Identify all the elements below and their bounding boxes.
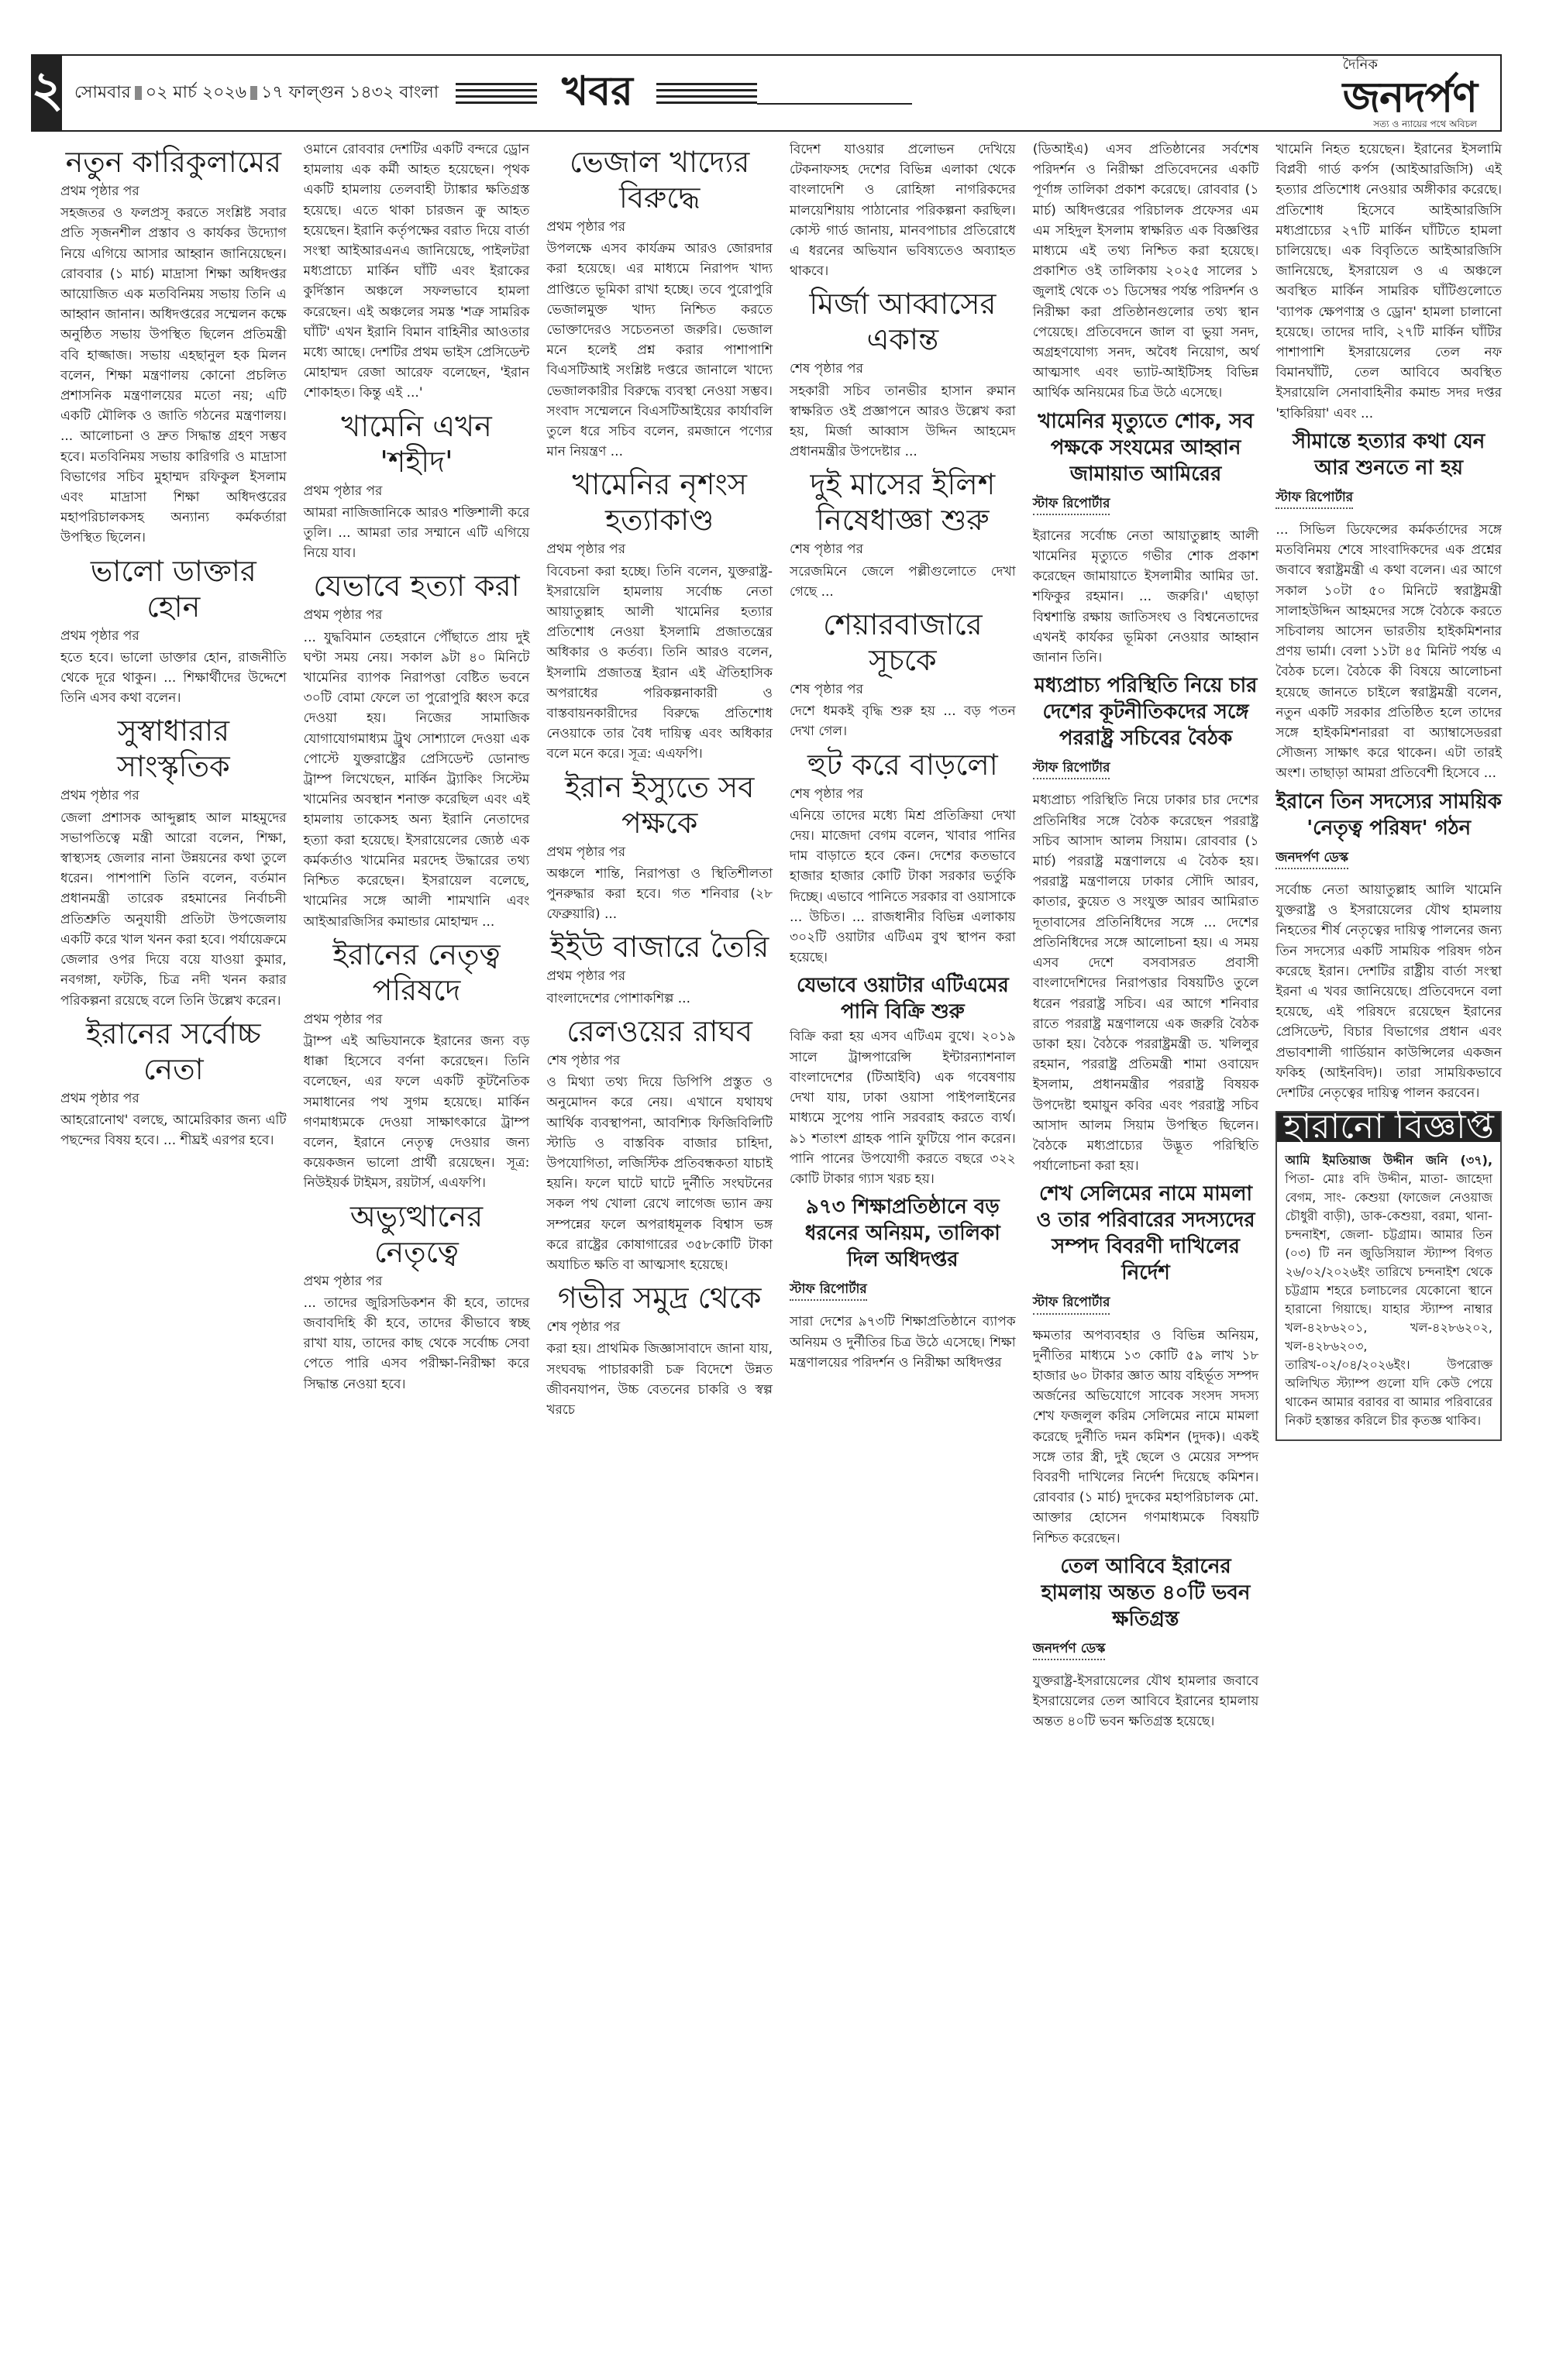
article: খামেনি এখন 'শহীদ'প্রথম পৃষ্ঠার পরআমরা না… xyxy=(304,408,530,564)
continued-from: শেষ পৃষ্ঠার পর xyxy=(790,679,1016,700)
article: মির্জা আব্বাসের একান্তশেষ পৃষ্ঠার পরসহকা… xyxy=(790,286,1016,462)
newspaper-logo: দৈনিক জনদর্পণ সত্য ও ন্যায়ের পথে অবিচল xyxy=(1343,53,1477,133)
byline: স্টাফ রিপোর্টার xyxy=(1033,758,1110,779)
byline: স্টাফ রিপোর্টার xyxy=(1033,1292,1110,1314)
byline: জনদর্পণ ডেস্ক xyxy=(1275,848,1348,869)
continued-from: শেষ পৃষ্ঠার পর xyxy=(790,359,1016,379)
decorative-rules xyxy=(456,79,537,108)
article: ওমানে রোববার দেশটির একটি বন্দরে ড্রোন হা… xyxy=(304,139,530,404)
continued-from: শেষ পৃষ্ঠার পর xyxy=(546,1317,773,1337)
article: ৯৭৩ শিক্ষাপ্রতিষ্ঠানে বড় ধরনের অনিয়ম, … xyxy=(790,1194,1016,1373)
continued-from: প্রথম পৃষ্ঠার পর xyxy=(60,626,287,646)
article-body: করা হয়। প্রাথমিক জিজ্ঞাসাবাদে জানা যায়… xyxy=(546,1339,773,1420)
article-headline: সীমান্তে হত্যার কথা যেন আর শুনতে না হয় xyxy=(1275,428,1502,481)
article-body: সহজতর ও ফলপ্রসূ করতে সংশ্লিষ্ট সবার প্রত… xyxy=(60,203,287,548)
article-headline: যেভাবে ওয়াটার এটিএমের পানি বিক্রি শুরু xyxy=(790,972,1016,1025)
article-headline: ভালো ডাক্তার হোন xyxy=(60,553,287,624)
article-body: ট্রাম্প এই অভিযানকে ইরানের জন্য বড় ধাক্… xyxy=(304,1031,530,1194)
decorative-rules xyxy=(656,79,757,108)
column-5: (ডিআইএ) এসব প্রতিষ্ঠানের সর্বশেষ পরিদর্শ… xyxy=(1033,139,1259,1734)
article-headline: ভেজাল খাদ্যের বিরুদ্ধে xyxy=(546,144,773,215)
continued-from: প্রথম পৃষ্ঠার পর xyxy=(546,217,773,237)
page-number: ২ xyxy=(33,56,62,130)
article-body: আমরা নাজিজানিকে আরও শক্তিশালী করে তুলি। … xyxy=(304,503,530,564)
article-body: মধ্যপ্রাচ্য পরিস্থিতি নিয়ে ঢাকার চার দে… xyxy=(1033,790,1259,1176)
article-headline: শেয়ারবাজারে সূচকে xyxy=(790,607,1016,678)
article: ইরানের সর্বোচ্চ নেতাপ্রথম পৃষ্ঠার পরআহরো… xyxy=(60,1016,287,1151)
article-body: খামেনি নিহত হয়েছেন। ইরানের ইসলামি বিপ্ল… xyxy=(1275,139,1502,424)
article-body: ... তাদের জুরিসডিকশন কী হবে, তাদের জবাবদ… xyxy=(304,1293,530,1395)
continued-from: প্রথম পৃষ্ঠার পর xyxy=(60,181,287,201)
article-headline: তেল আবিবে ইরানের হামলায় অন্তত ৪০টি ভবন … xyxy=(1033,1553,1259,1632)
continued-from: শেষ পৃষ্ঠার পর xyxy=(790,784,1016,804)
continued-from: প্রথম পৃষ্ঠার পর xyxy=(60,786,287,806)
article: নতুন কারিকুলামেরপ্রথম পৃষ্ঠার পরসহজতর ও … xyxy=(60,144,287,549)
lost-notice-body: আমি ইমতিয়াজ উদ্দীন জনি (৩৭), পিতা- মোঃ … xyxy=(1277,1142,1500,1439)
article-headline: অভ্যুত্থানের নেতৃত্বে xyxy=(304,1199,530,1270)
article: বিদেশ যাওয়ার প্রলোভন দেখিয়ে টেকনাফসহ দ… xyxy=(790,139,1016,281)
article-headline: ইইউ বাজারে তৈরি xyxy=(546,929,773,965)
article: হুট করে বাড়লোশেষ পৃষ্ঠার পরএনিয়ে তাদের… xyxy=(790,747,1016,968)
article: দুই মাসের ইলিশ নিষেধাজ্ঞা শুরুশেষ পৃষ্ঠা… xyxy=(790,466,1016,602)
byline: স্টাফ রিপোর্টার xyxy=(1275,487,1353,509)
article-body: (ডিআইএ) এসব প্রতিষ্ঠানের সর্বশেষ পরিদর্শ… xyxy=(1033,139,1259,404)
article: খামেনি নিহত হয়েছেন। ইরানের ইসলামি বিপ্ল… xyxy=(1275,139,1502,424)
lost-notice-name: আমি ইমতিয়াজ উদ্দীন জনি (৩৭), xyxy=(1285,1153,1492,1168)
article: খামেনির নৃশংস হত্যাকাণ্ডপ্রথম পৃষ্ঠার পর… xyxy=(546,466,773,764)
lost-notice-ad: হারানো বিজ্ঞপ্তিআমি ইমতিয়াজ উদ্দীন জনি … xyxy=(1275,1111,1502,1441)
article: সীমান্তে হত্যার কথা যেন আর শুনতে না হয়স… xyxy=(1275,428,1502,784)
article-body: সর্বোচ্চ নেতা আয়াতুল্লাহ আলি খামেনি যুক… xyxy=(1275,880,1502,1103)
column-6: খামেনি নিহত হয়েছেন। ইরানের ইসলামি বিপ্ল… xyxy=(1275,139,1502,1734)
article: যেভাবে ওয়াটার এটিএমের পানি বিক্রি শুরুব… xyxy=(790,972,1016,1189)
article-body: উপলক্ষে এসব কার্যক্রম আরও জোরদার করা হয়… xyxy=(546,239,773,462)
byline: স্টাফ রিপোর্টার xyxy=(790,1279,867,1301)
article-headline: খামেনির মৃত্যুতে শোক, সব পক্ষকে সংযমের আ… xyxy=(1033,408,1259,487)
continued-from: প্রথম পৃষ্ঠার পর xyxy=(546,539,773,559)
article-headline: খামেনির নৃশংস হত্যাকাণ্ড xyxy=(546,466,773,538)
article-headline: খামেনি এখন 'শহীদ' xyxy=(304,408,530,480)
article: ভালো ডাক্তার হোনপ্রথম পৃষ্ঠার পরহতে হবে।… xyxy=(60,553,287,709)
article-body: বাংলাদেশের পোশাকশিল্প ... xyxy=(546,989,773,1009)
article-headline: ইরানে তিন সদস্যের সাময়িক 'নেতৃত্ব পরিষদ… xyxy=(1275,789,1502,841)
continued-from: প্রথম পৃষ্ঠার পর xyxy=(304,1271,530,1291)
divider xyxy=(757,103,912,105)
article-headline: ইরান ইস্যুতে সব পক্ষকে xyxy=(546,769,773,841)
day: সোমবার xyxy=(74,83,131,102)
dateline: সোমবার০২ মার্চ ২০২৬১৭ ফাল্গুন ১৪৩২ বাংলা xyxy=(74,79,439,108)
article-body: আহরোনোথ' বলছে, আমেরিকার জন্য এটি পছন্দের… xyxy=(60,1110,287,1150)
article-body: বিদেশ যাওয়ার প্রলোভন দেখিয়ে টেকনাফসহ দ… xyxy=(790,139,1016,281)
byline: স্টাফ রিপোর্টার xyxy=(1033,494,1110,515)
article: রেলওয়ের রাঘবশেষ পৃষ্ঠার পরও মিথ্যা তথ্য… xyxy=(546,1013,773,1275)
article-headline: ৯৭৩ শিক্ষাপ্রতিষ্ঠানে বড় ধরনের অনিয়ম, … xyxy=(790,1194,1016,1273)
column-4: বিদেশ যাওয়ার প্রলোভন দেখিয়ে টেকনাফসহ দ… xyxy=(790,139,1016,1734)
column-3: ভেজাল খাদ্যের বিরুদ্ধেপ্রথম পৃষ্ঠার পরউপ… xyxy=(546,139,773,1734)
continued-from: প্রথম পৃষ্ঠার পর xyxy=(546,842,773,862)
article-body: ক্ষমতার অপব্যবহার ও বিভিন্ন অনিয়ম, দুর্… xyxy=(1033,1326,1259,1549)
article: (ডিআইএ) এসব প্রতিষ্ঠানের সর্বশেষ পরিদর্শ… xyxy=(1033,139,1259,404)
article-body: ওমানে রোববার দেশটির একটি বন্দরে ড্রোন হা… xyxy=(304,139,530,404)
article-headline: যেভাবে হত্যা করা xyxy=(304,568,530,604)
article: মধ্যপ্রাচ্য পরিস্থিতি নিয়ে চার দেশের কূ… xyxy=(1033,672,1259,1176)
masthead: ২ সোমবার০২ মার্চ ২০২৬১৭ ফাল্গুন ১৪৩২ বাং… xyxy=(31,54,1502,132)
article-headline: হুট করে বাড়লো xyxy=(790,747,1016,782)
section-title: খবর xyxy=(562,60,633,127)
continued-from: প্রথম পৃষ্ঠার পর xyxy=(60,1089,287,1109)
continued-from: শেষ পৃষ্ঠার পর xyxy=(790,539,1016,559)
page-columns: নতুন কারিকুলামেরপ্রথম পৃষ্ঠার পরসহজতর ও … xyxy=(60,139,1502,1734)
continued-from: প্রথম পৃষ্ঠার পর xyxy=(304,1009,530,1030)
article: তেল আবিবে ইরানের হামলায় অন্তত ৪০টি ভবন … xyxy=(1033,1553,1259,1732)
article-headline: ইরানের নেতৃত্ব পরিষদে xyxy=(304,937,530,1008)
article-headline: রেলওয়ের রাঘব xyxy=(546,1013,773,1049)
date-gregorian: ০২ মার্চ ২০২৬ xyxy=(146,83,246,102)
article-body: সারা দেশের ৯৭৩টি শিক্ষাপ্রতিষ্ঠানে ব্যাপ… xyxy=(790,1312,1016,1373)
column-2: ওমানে রোববার দেশটির একটি বন্দরে ড্রোন হা… xyxy=(304,139,530,1734)
article-headline: শেখ সেলিমের নামে মামলা ও তার পরিবারের সদ… xyxy=(1033,1181,1259,1286)
separator-square-icon xyxy=(135,86,142,100)
article-body: যুক্তরাষ্ট্র-ইসরায়েলের যৌথ হামলার জবাবে… xyxy=(1033,1671,1259,1732)
article-headline: সুস্বাধারার সাংস্কৃতিক xyxy=(60,713,287,784)
lost-notice-title: হারানো বিজ্ঞপ্তি xyxy=(1277,1113,1500,1142)
article-body: অঞ্চলে শান্তি, নিরাপত্তা ও স্থিতিশীলতা প… xyxy=(546,864,773,925)
byline: জনদর্পণ ডেস্ক xyxy=(1033,1639,1106,1660)
article: শেয়ারবাজারে সূচকেশেষ পৃষ্ঠার পরদেশে ধমক… xyxy=(790,607,1016,742)
continued-from: প্রথম পৃষ্ঠার পর xyxy=(546,966,773,986)
article-body: ... সিভিল ডিফেন্সের কর্মকর্তাদের সঙ্গে ম… xyxy=(1275,520,1502,784)
article-body: দেশে ধমকই বৃদ্ধি শুরু হয় ... বড় পতন দে… xyxy=(790,701,1016,741)
article: ভেজাল খাদ্যের বিরুদ্ধেপ্রথম পৃষ্ঠার পরউপ… xyxy=(546,144,773,462)
article: ইরানে তিন সদস্যের সাময়িক 'নেতৃত্ব পরিষদ… xyxy=(1275,789,1502,1103)
article-headline: মধ্যপ্রাচ্য পরিস্থিতি নিয়ে চার দেশের কূ… xyxy=(1033,672,1259,751)
article-body: জেলা প্রশাসক আব্দুল্লাহ আল মাহমুদের সভাপ… xyxy=(60,808,287,1011)
article: গভীর সমুদ্র থেকেশেষ পৃষ্ঠার পরকরা হয়। প… xyxy=(546,1280,773,1420)
article-body: ও মিথ্যা তথ্য দিয়ে ডিপিপি প্রস্তুত ও অন… xyxy=(546,1072,773,1275)
article-body: এনিয়ে তাদের মধ্যে মিশ্র প্রতিক্রিয়া দে… xyxy=(790,806,1016,968)
lost-notice-text: পিতা- মোঃ বদি উদ্দীন, মাতা- জাহেদা বেগম,… xyxy=(1285,1171,1492,1428)
article-headline: দুই মাসের ইলিশ নিষেধাজ্ঞা শুরু xyxy=(790,466,1016,538)
continued-from: প্রথম পৃষ্ঠার পর xyxy=(304,481,530,501)
article: ইরানের নেতৃত্ব পরিষদেপ্রথম পৃষ্ঠার পরট্র… xyxy=(304,937,530,1194)
date-bangla: ১৭ ফাল্গুন ১৪৩২ বাংলা xyxy=(261,83,439,102)
article-headline: গভীর সমুদ্র থেকে xyxy=(546,1280,773,1316)
article: খামেনির মৃত্যুতে শোক, সব পক্ষকে সংযমের আ… xyxy=(1033,408,1259,669)
continued-from: শেষ পৃষ্ঠার পর xyxy=(546,1051,773,1071)
article: যেভাবে হত্যা করাপ্রথম পৃষ্ঠার পর... যুদ্… xyxy=(304,568,530,931)
column-1: নতুন কারিকুলামেরপ্রথম পৃষ্ঠার পরসহজতর ও … xyxy=(60,139,287,1734)
article-body: হতে হবে। ভালো ডাক্তার হোন, রাজনীতি থেকে … xyxy=(60,648,287,709)
article-body: বিবেচনা করা হচ্ছে। তিনি বলেন, যুক্তরাষ্ট… xyxy=(546,562,773,765)
article: অভ্যুত্থানের নেতৃত্বেপ্রথম পৃষ্ঠার পর...… xyxy=(304,1199,530,1395)
article-body: সরেজমিনে জেলে পল্লীগুলোতে দেখা গেছে ... xyxy=(790,562,1016,602)
separator-square-icon xyxy=(250,86,257,100)
logo-name: জনদর্পণ xyxy=(1343,77,1477,118)
article-body: ... যুদ্ধবিমান তেহরানে পৌঁছাতে প্রায় দু… xyxy=(304,628,530,932)
article: সুস্বাধারার সাংস্কৃতিকপ্রথম পৃষ্ঠার পরজে… xyxy=(60,713,287,1010)
article-body: সহকারী সচিব তানভীর হাসান রুমান স্বাক্ষরি… xyxy=(790,381,1016,463)
article: ইরান ইস্যুতে সব পক্ষকেপ্রথম পৃষ্ঠার পরঅঞ… xyxy=(546,769,773,925)
article: ইইউ বাজারে তৈরিপ্রথম পৃষ্ঠার পরবাংলাদেশে… xyxy=(546,929,773,1008)
article-headline: নতুন কারিকুলামের xyxy=(60,144,287,180)
article-headline: ইরানের সর্বোচ্চ নেতা xyxy=(60,1016,287,1087)
article-body: বিক্রি করা হয় এসব এটিএম বুথে। ২০১৯ সালে… xyxy=(790,1027,1016,1189)
continued-from: প্রথম পৃষ্ঠার পর xyxy=(304,605,530,625)
article: শেখ সেলিমের নামে মামলা ও তার পরিবারের সদ… xyxy=(1033,1181,1259,1548)
article-body: ইরানের সর্বোচ্চ নেতা আয়াতুল্লাহ আলী খাম… xyxy=(1033,526,1259,668)
article-headline: মির্জা আব্বাসের একান্ত xyxy=(790,286,1016,357)
